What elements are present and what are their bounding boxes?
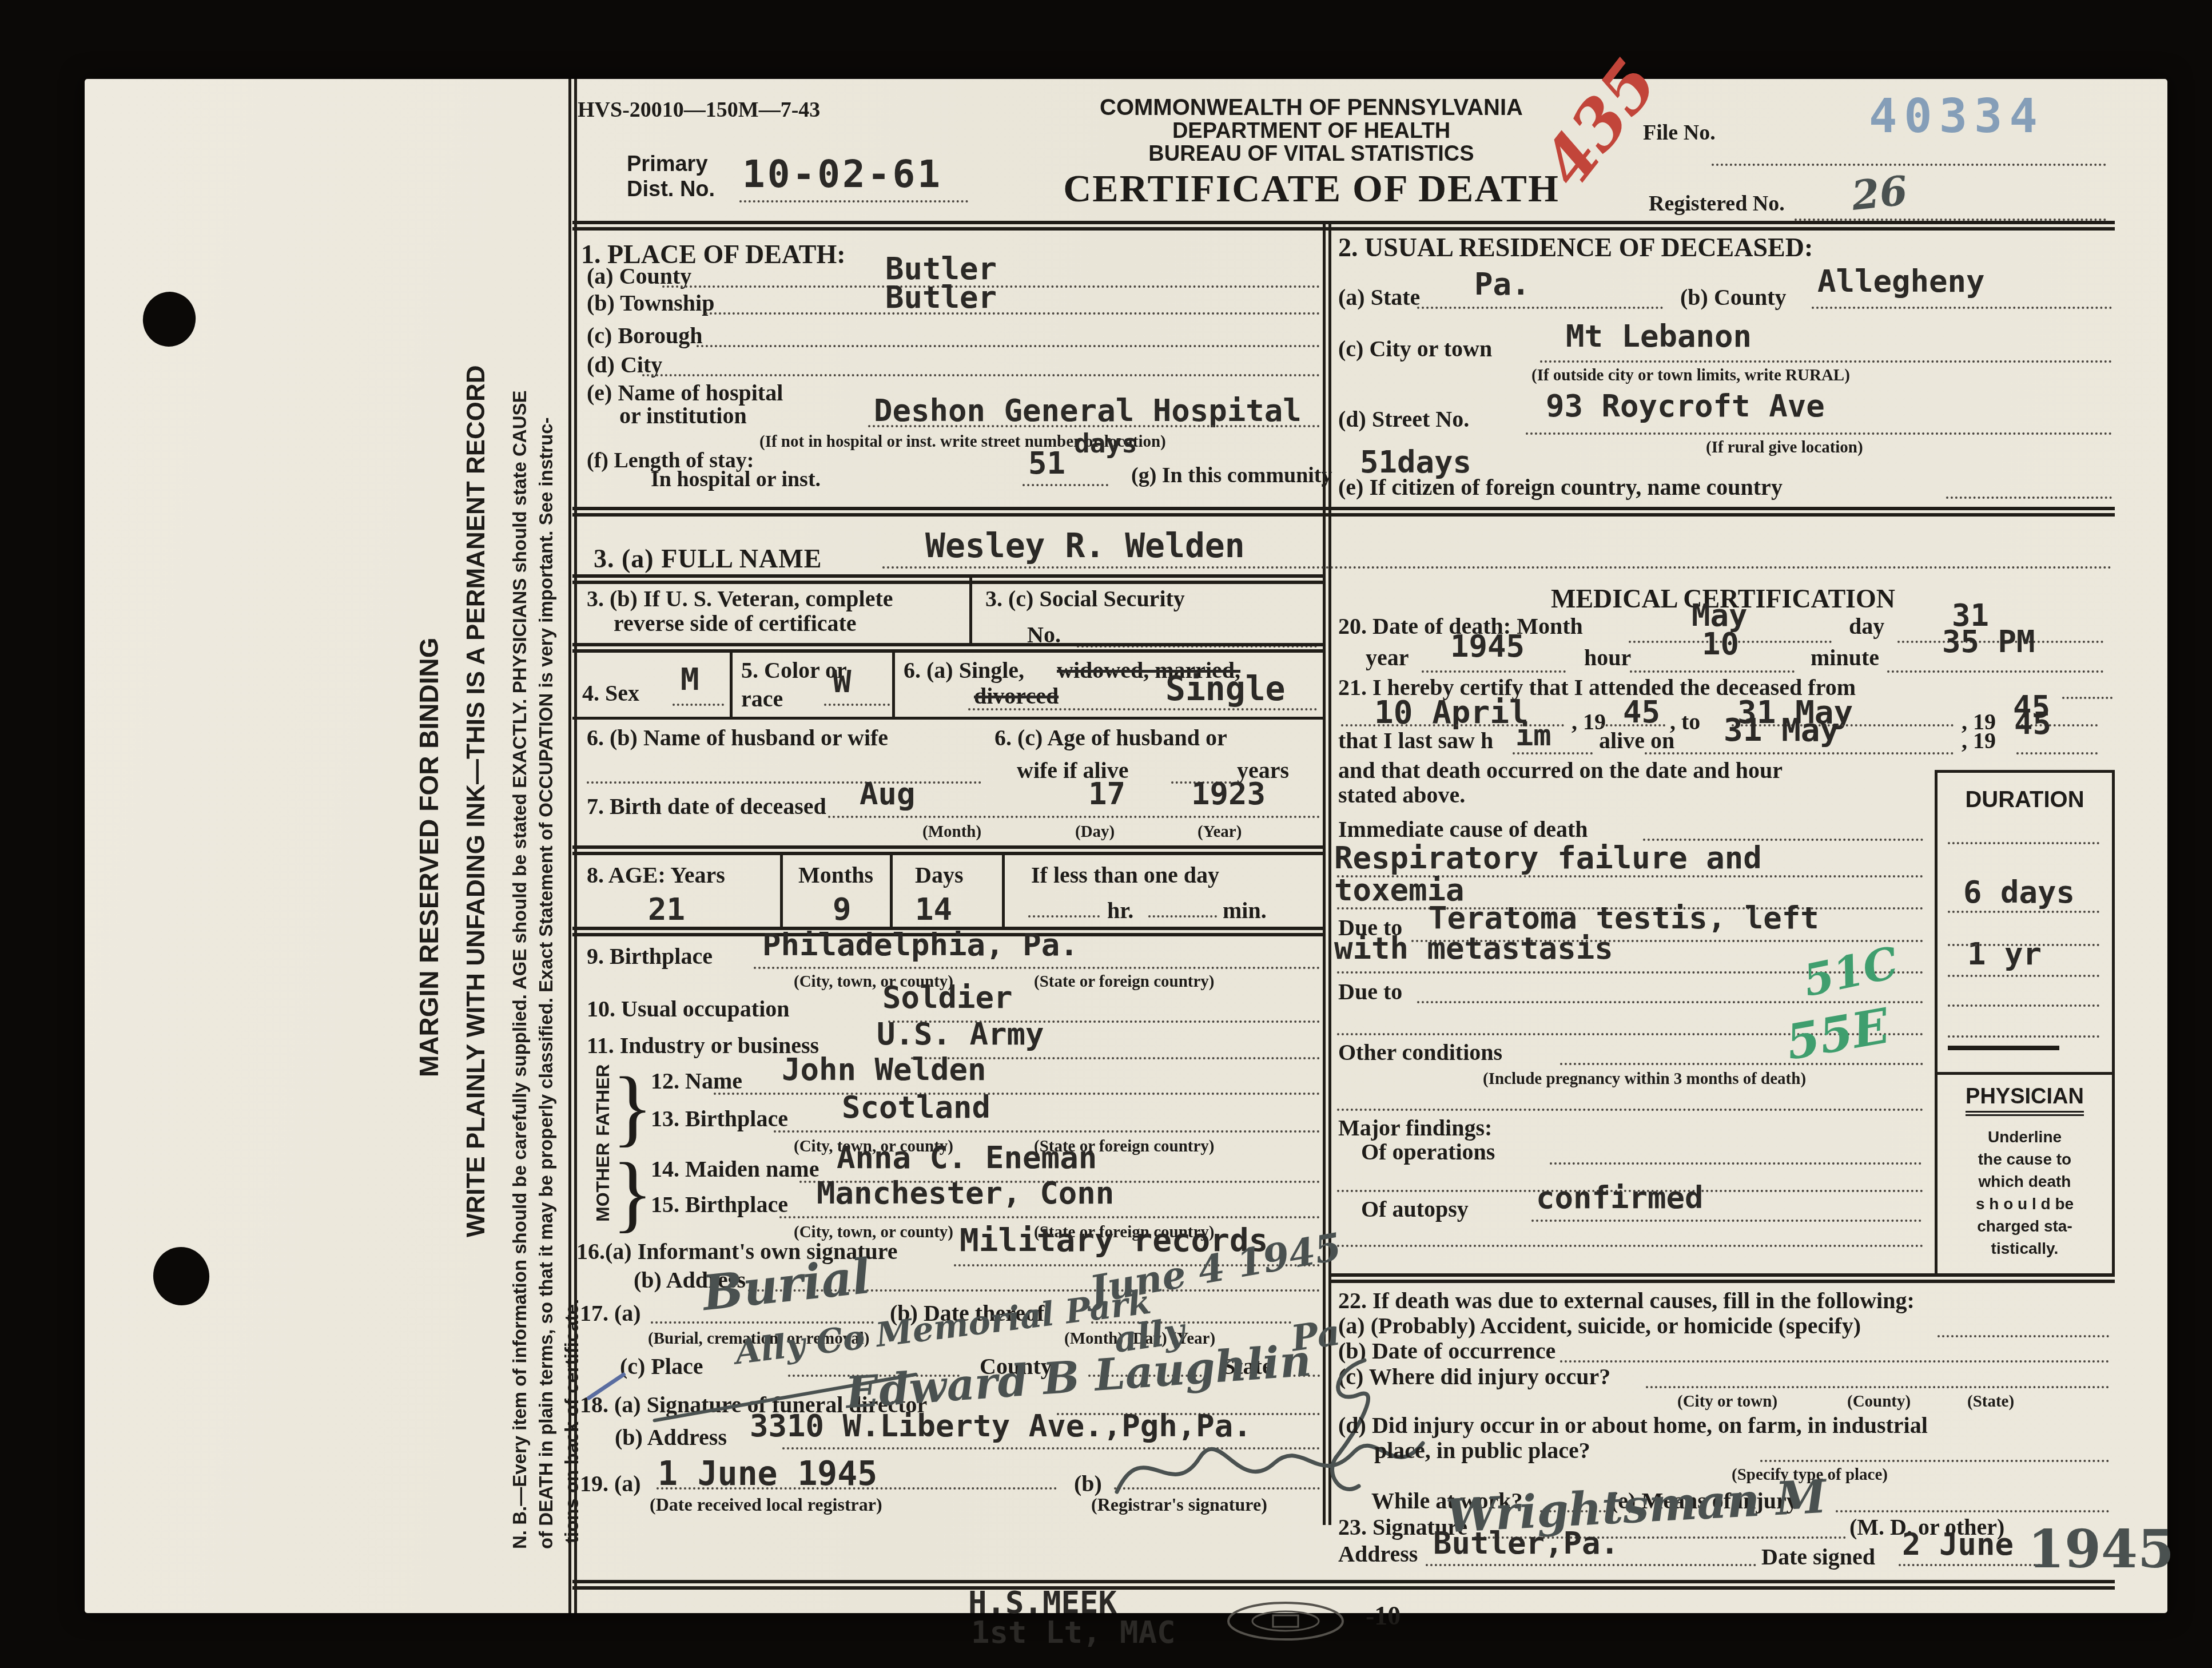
rule — [572, 574, 1323, 584]
due2-label: Due to — [1338, 978, 1402, 1005]
s21-saw-date: 31 May — [1724, 712, 1839, 749]
cell-divider — [890, 855, 893, 927]
s1b-value: Butler — [885, 279, 997, 315]
dotted-line — [1531, 1220, 1921, 1222]
dotted-line — [1938, 1335, 2109, 1337]
s7-label: 7. Birth date of deceased — [587, 793, 826, 820]
s5-value: W — [833, 664, 852, 700]
s21-line4: and that death occurred on the date and … — [1338, 757, 1783, 784]
duration-box-top — [1935, 770, 2115, 773]
imm-cause-value-1: Respiratory failure and — [1334, 840, 1762, 876]
cell-divider — [780, 855, 783, 927]
dotted-line — [968, 708, 1317, 710]
dotted-line — [1948, 975, 2099, 977]
dotted-line — [824, 704, 890, 706]
s2c-label: (c) City or town — [1338, 335, 1492, 362]
union-label-seal — [1223, 1598, 1360, 1644]
dotted-line — [1601, 724, 1665, 726]
dotted-line — [1646, 1386, 2109, 1388]
margin-note-nb-1: N. B.—Every item of information should b… — [509, 145, 531, 1549]
s12-value: John Welden — [782, 1051, 986, 1087]
dotted-line — [2016, 752, 2098, 754]
registrar-rank: 1st Lt, MAC — [971, 1614, 1176, 1650]
s9-sub-2: (State or foreign country) — [1034, 972, 1214, 991]
s8-years-label: 8. AGE: Years — [587, 861, 725, 888]
mother-label: MOTHER — [592, 1153, 614, 1222]
s14-label: 14. Maiden name — [651, 1155, 819, 1182]
s15-value: Manchester, Conn — [817, 1175, 1114, 1211]
header-bureau: BUREAU OF VITAL STATISTICS — [1023, 142, 1600, 166]
dotted-line — [1712, 164, 2106, 166]
physician-note-6: tistically. — [1940, 1237, 2109, 1260]
s2c-value: Mt Lebanon — [1566, 318, 1752, 354]
cell-divider — [1002, 855, 1005, 927]
margin-note-binding: MARGIN RESERVED FOR BINDING — [413, 396, 444, 1077]
dotted-line — [705, 312, 1320, 315]
s10-value: Soldier — [882, 979, 1013, 1015]
due1-duration-value: 1 yr — [1967, 936, 2042, 972]
dotted-line — [1946, 497, 2112, 499]
s11-value: U.S. Army — [877, 1016, 1044, 1052]
dotted-line — [587, 781, 981, 784]
header-commonwealth: COMMONWEALTH OF PENNSYLVANIA — [1023, 95, 1600, 121]
s3b-label-1: 3. (b) If U. S. Veteran, complete — [587, 585, 893, 612]
s7-month-value: Aug — [860, 776, 916, 812]
due1-value-2: with metastasis — [1334, 930, 1613, 966]
other-conditions-label: Other conditions — [1338, 1039, 1502, 1066]
s19a-sub: (Date received local registrar) — [650, 1494, 882, 1515]
physician-note-3: which death — [1940, 1170, 2109, 1193]
dotted-line — [1948, 911, 2099, 913]
duration-box-left — [1935, 770, 1938, 1273]
green-code-1: 51C — [1799, 937, 1903, 1007]
s23-address-label: Address — [1338, 1540, 1418, 1567]
seal-code: -10 — [1366, 1601, 1401, 1631]
s4-label: 4. Sex — [582, 680, 639, 706]
s1e-label-2: or institution — [619, 402, 747, 429]
dotted-line — [1948, 842, 2099, 844]
s8-min-label: min. — [1223, 897, 1267, 924]
cell-divider — [892, 653, 895, 717]
s7-year-value: 1923 — [1191, 776, 1266, 812]
s15-label: 15. Birthplace — [651, 1191, 788, 1218]
major-findings-label: Major findings: — [1338, 1114, 1492, 1141]
dotted-line — [1337, 1109, 1923, 1111]
dotted-line — [754, 967, 1320, 969]
s5-label-2: race — [741, 685, 783, 712]
duration-label: DURATION — [1938, 787, 2112, 813]
s8-less-label: If less than one day — [1031, 861, 1219, 888]
s21-saw-label: that I last saw h — [1338, 727, 1493, 754]
s2a-value: Pa. — [1474, 266, 1530, 302]
s3a-label: 3. (a) FULL NAME — [594, 543, 822, 574]
s8-days-label: Days — [915, 861, 963, 888]
of-operations-label: Of operations — [1361, 1138, 1495, 1165]
father-label: FATHER — [592, 1067, 614, 1136]
dotted-line — [1948, 1004, 2099, 1007]
s20-hour-value: 10 — [1702, 626, 1739, 662]
s13-label: 13. Birthplace — [651, 1105, 788, 1132]
dotted-line — [1887, 670, 2103, 673]
margin-note-ink: WRITE PLAINLY WITH UNFADING INK—THIS IS … — [462, 316, 491, 1237]
cell-divider — [730, 653, 733, 717]
s22c-sub-state: (State) — [1967, 1392, 2014, 1411]
duration-end-line — [1948, 1046, 2059, 1050]
s7-sub-month: (Month) — [922, 823, 981, 841]
dotted-line — [1645, 752, 1954, 754]
rule — [572, 1580, 2115, 1590]
s8-months-value: 9 — [833, 891, 852, 927]
dotted-line — [1114, 1487, 1320, 1490]
dotted-line — [1422, 670, 1566, 673]
rule — [572, 643, 1323, 653]
margin-note-nb-2: of DEATH in plain terms, so that it may … — [535, 145, 557, 1549]
dotted-line — [657, 1487, 1057, 1490]
registered-no-value: 26 — [1849, 166, 1910, 220]
s23-address-value: Butler,Pa. — [1433, 1525, 1619, 1561]
s21-him-value: im — [1515, 718, 1551, 753]
s1g-label: (g) In this community — [1131, 463, 1332, 488]
dotted-line — [1526, 432, 2112, 435]
s20-hour-label: hour — [1584, 644, 1631, 671]
s19b-sub: (Registrar's signature) — [1091, 1494, 1267, 1515]
s19-num: 19. (a) — [580, 1470, 641, 1497]
s1e-value: Deshon General Hospital — [874, 392, 1302, 428]
s19b-label: (b) — [1074, 1470, 1102, 1497]
s14-value: Anna C. Eneman — [837, 1139, 1097, 1175]
s2b-value: Allegheny — [1817, 263, 1985, 299]
s20-day-label: day — [1849, 613, 1884, 640]
dotted-line — [868, 425, 1320, 427]
physician-box-top — [1935, 1072, 2115, 1075]
mother-brace: } — [612, 1144, 653, 1242]
s1c-label: (c) Borough — [587, 322, 703, 349]
s23-date-label: Date signed — [1761, 1543, 1875, 1570]
file-no-label: File No. — [1643, 120, 1716, 145]
scanned-death-certificate: MARGIN RESERVED FOR BINDING WRITE PLAINL… — [0, 0, 2212, 1668]
dotted-line — [1760, 1460, 2109, 1462]
dotted-line — [1630, 670, 1795, 673]
physician-note-5: charged sta- — [1940, 1215, 2109, 1237]
s20-minute-value: 35 PM — [1942, 623, 2035, 660]
s3a-value: Wesley R. Welden — [925, 526, 1245, 565]
dotted-line — [1513, 752, 1593, 754]
dotted-line — [779, 1216, 1320, 1218]
s2d-label: (d) Street No. — [1338, 406, 1469, 432]
dotted-line — [1560, 1063, 1923, 1065]
s6c-label-1: 6. (c) Age of husband or — [994, 724, 1227, 751]
s21-19-c: , 19 — [1962, 727, 1996, 754]
rule — [572, 507, 2115, 517]
s2d-note: (If rural give location) — [1706, 438, 1863, 457]
dotted-line — [714, 1093, 1320, 1095]
dotted-line — [1417, 307, 1663, 309]
s17c-label: (c) Place — [620, 1353, 703, 1380]
s1f-label-2: In hospital or inst. — [651, 467, 821, 492]
s8-months-label: Months — [798, 861, 873, 888]
s7-sub-year: (Year) — [1197, 823, 1242, 841]
dotted-line — [1023, 484, 1108, 486]
dotted-line — [1899, 1564, 2040, 1566]
dotted-line — [1812, 307, 2112, 309]
s21-line5: stated above. — [1338, 781, 1465, 808]
s22c-sub-county: (County) — [1847, 1392, 1911, 1411]
s2c-note: (If outside city or town limits, write R… — [1531, 366, 1850, 385]
dotted-line — [739, 200, 968, 202]
dotted-line — [673, 704, 724, 706]
s1f-value: 51 — [1028, 445, 1065, 481]
dotted-line — [828, 816, 1320, 818]
s10-label: 10. Usual occupation — [587, 995, 790, 1022]
s6a-value: Single — [1165, 669, 1286, 708]
dotted-line — [1337, 1245, 1923, 1247]
s23-date-year-handwritten: 1945 — [2028, 1518, 2174, 1580]
duration-box-right — [2112, 770, 2115, 1273]
dotted-line — [1948, 1035, 2099, 1038]
s8-years-value: 21 — [648, 891, 685, 927]
s1b-label: (b) Township — [587, 289, 714, 316]
primary-dist-value: 10-02-61 — [742, 152, 942, 196]
father-brace: } — [612, 1058, 653, 1157]
s21-saw-year: 45 — [2014, 705, 2051, 741]
s2e-label: (e) If citizen of foreign country, name … — [1338, 474, 1783, 501]
s2a-label: (a) State — [1338, 284, 1420, 311]
dotted-line — [1836, 1510, 2109, 1512]
physician-label: PHYSICIAN — [1966, 1085, 2084, 1116]
s2b-label: (b) County — [1680, 284, 1787, 311]
other-conditions-note: (Include pregnancy within 3 months of de… — [1483, 1070, 1806, 1089]
s20-year-label: year — [1366, 644, 1409, 671]
certificate-title: CERTIFICATE OF DEATH — [1023, 166, 1600, 211]
s7-sub-day: (Day) — [1075, 823, 1115, 841]
s7-day-value: 17 — [1088, 776, 1125, 812]
s6b-label: 6. (b) Name of husband or wife — [587, 724, 888, 751]
certificate-paper: MARGIN RESERVED FOR BINDING WRITE PLAINL… — [85, 79, 2167, 1613]
s23-date-value: 2 June — [1902, 1526, 2014, 1562]
primary-dist-label-2: Dist. No. — [627, 177, 715, 202]
s12-label: 12. Name — [651, 1067, 742, 1094]
s21-alive-label: alive on — [1599, 727, 1674, 754]
dotted-line — [697, 345, 1320, 347]
s6a-struck-divorced: divorced — [974, 682, 1059, 709]
s22-label: 22. If death was due to external causes,… — [1338, 1287, 1915, 1314]
imm-cause-label: Immediate cause of death — [1338, 816, 1588, 843]
dotted-line — [1948, 944, 2099, 946]
s22a-label: (a) (Probably) Accident, suicide, or hom… — [1338, 1312, 1861, 1339]
file-no-stamp: 40334 — [1869, 89, 2044, 144]
rule — [572, 221, 2115, 231]
s9-value: Philadelphia, Pa. — [762, 927, 1079, 963]
s18b-label: (b) Address — [615, 1424, 727, 1451]
registered-no-label: Registered No. — [1649, 191, 1785, 216]
dotted-line — [1426, 1564, 1756, 1566]
green-code-2: 55E — [1782, 997, 1893, 1071]
imm-duration-value: 6 days — [1963, 874, 2075, 910]
s3b-label-2: reverse side of certificate — [614, 610, 857, 637]
dotted-line — [774, 1130, 1320, 1133]
of-autopsy-label: Of autopsy — [1361, 1196, 1469, 1222]
dotted-line — [1540, 360, 2112, 363]
s20-minute-label: minute — [1811, 644, 1879, 671]
rule — [572, 845, 1323, 855]
rule — [1331, 1273, 2115, 1283]
cell-divider — [969, 574, 972, 643]
s2-title: 2. USUAL RESIDENCE OF DECEASED: — [1338, 232, 1813, 263]
s17-num: 17. (a) — [580, 1300, 641, 1327]
s3c-label-1: 3. (c) Social Security — [985, 585, 1185, 612]
form-number: HVS-20010—150M—7-43 — [578, 97, 820, 122]
s22d-label-1: (d) Did injury occur in or about home, o… — [1338, 1412, 1928, 1439]
s22c-sub-city: (City or town) — [1677, 1392, 1777, 1411]
s8-days-value: 14 — [915, 891, 952, 927]
s1f-days: days — [1074, 428, 1137, 459]
dotted-line — [1028, 915, 1100, 918]
header-department: DEPARTMENT OF HEALTH — [1023, 119, 1600, 144]
rule — [572, 717, 1323, 720]
dotted-line — [1148, 915, 1217, 918]
s8-hr-label: hr. — [1107, 897, 1133, 924]
s22d-label-2: place, in public place? — [1374, 1437, 1590, 1464]
s4-value: M — [681, 661, 699, 697]
s2d-value: 93 Roycroft Ave — [1546, 388, 1825, 424]
s20-year-value: 1945 — [1450, 628, 1525, 664]
physician-note-1: Underline — [1940, 1126, 2109, 1148]
s13-value: Scotland — [842, 1089, 990, 1125]
s5-label-1: 5. Color or — [741, 657, 847, 684]
dotted-line — [882, 566, 2112, 569]
dotted-line — [1550, 1162, 1921, 1165]
physician-note-2: the cause to — [1940, 1148, 2109, 1170]
autopsy-value: confirmed — [1536, 1179, 1704, 1216]
physician-note-4: s h o u l d be — [1940, 1193, 2109, 1215]
s6a-label: 6. (a) Single, — [904, 657, 1024, 684]
dotted-line — [2062, 697, 2112, 699]
s9-label: 9. Birthplace — [587, 943, 713, 970]
dotted-line — [642, 374, 1320, 376]
dotted-line — [1560, 1360, 2109, 1363]
primary-dist-label-1: Primary — [627, 152, 708, 177]
